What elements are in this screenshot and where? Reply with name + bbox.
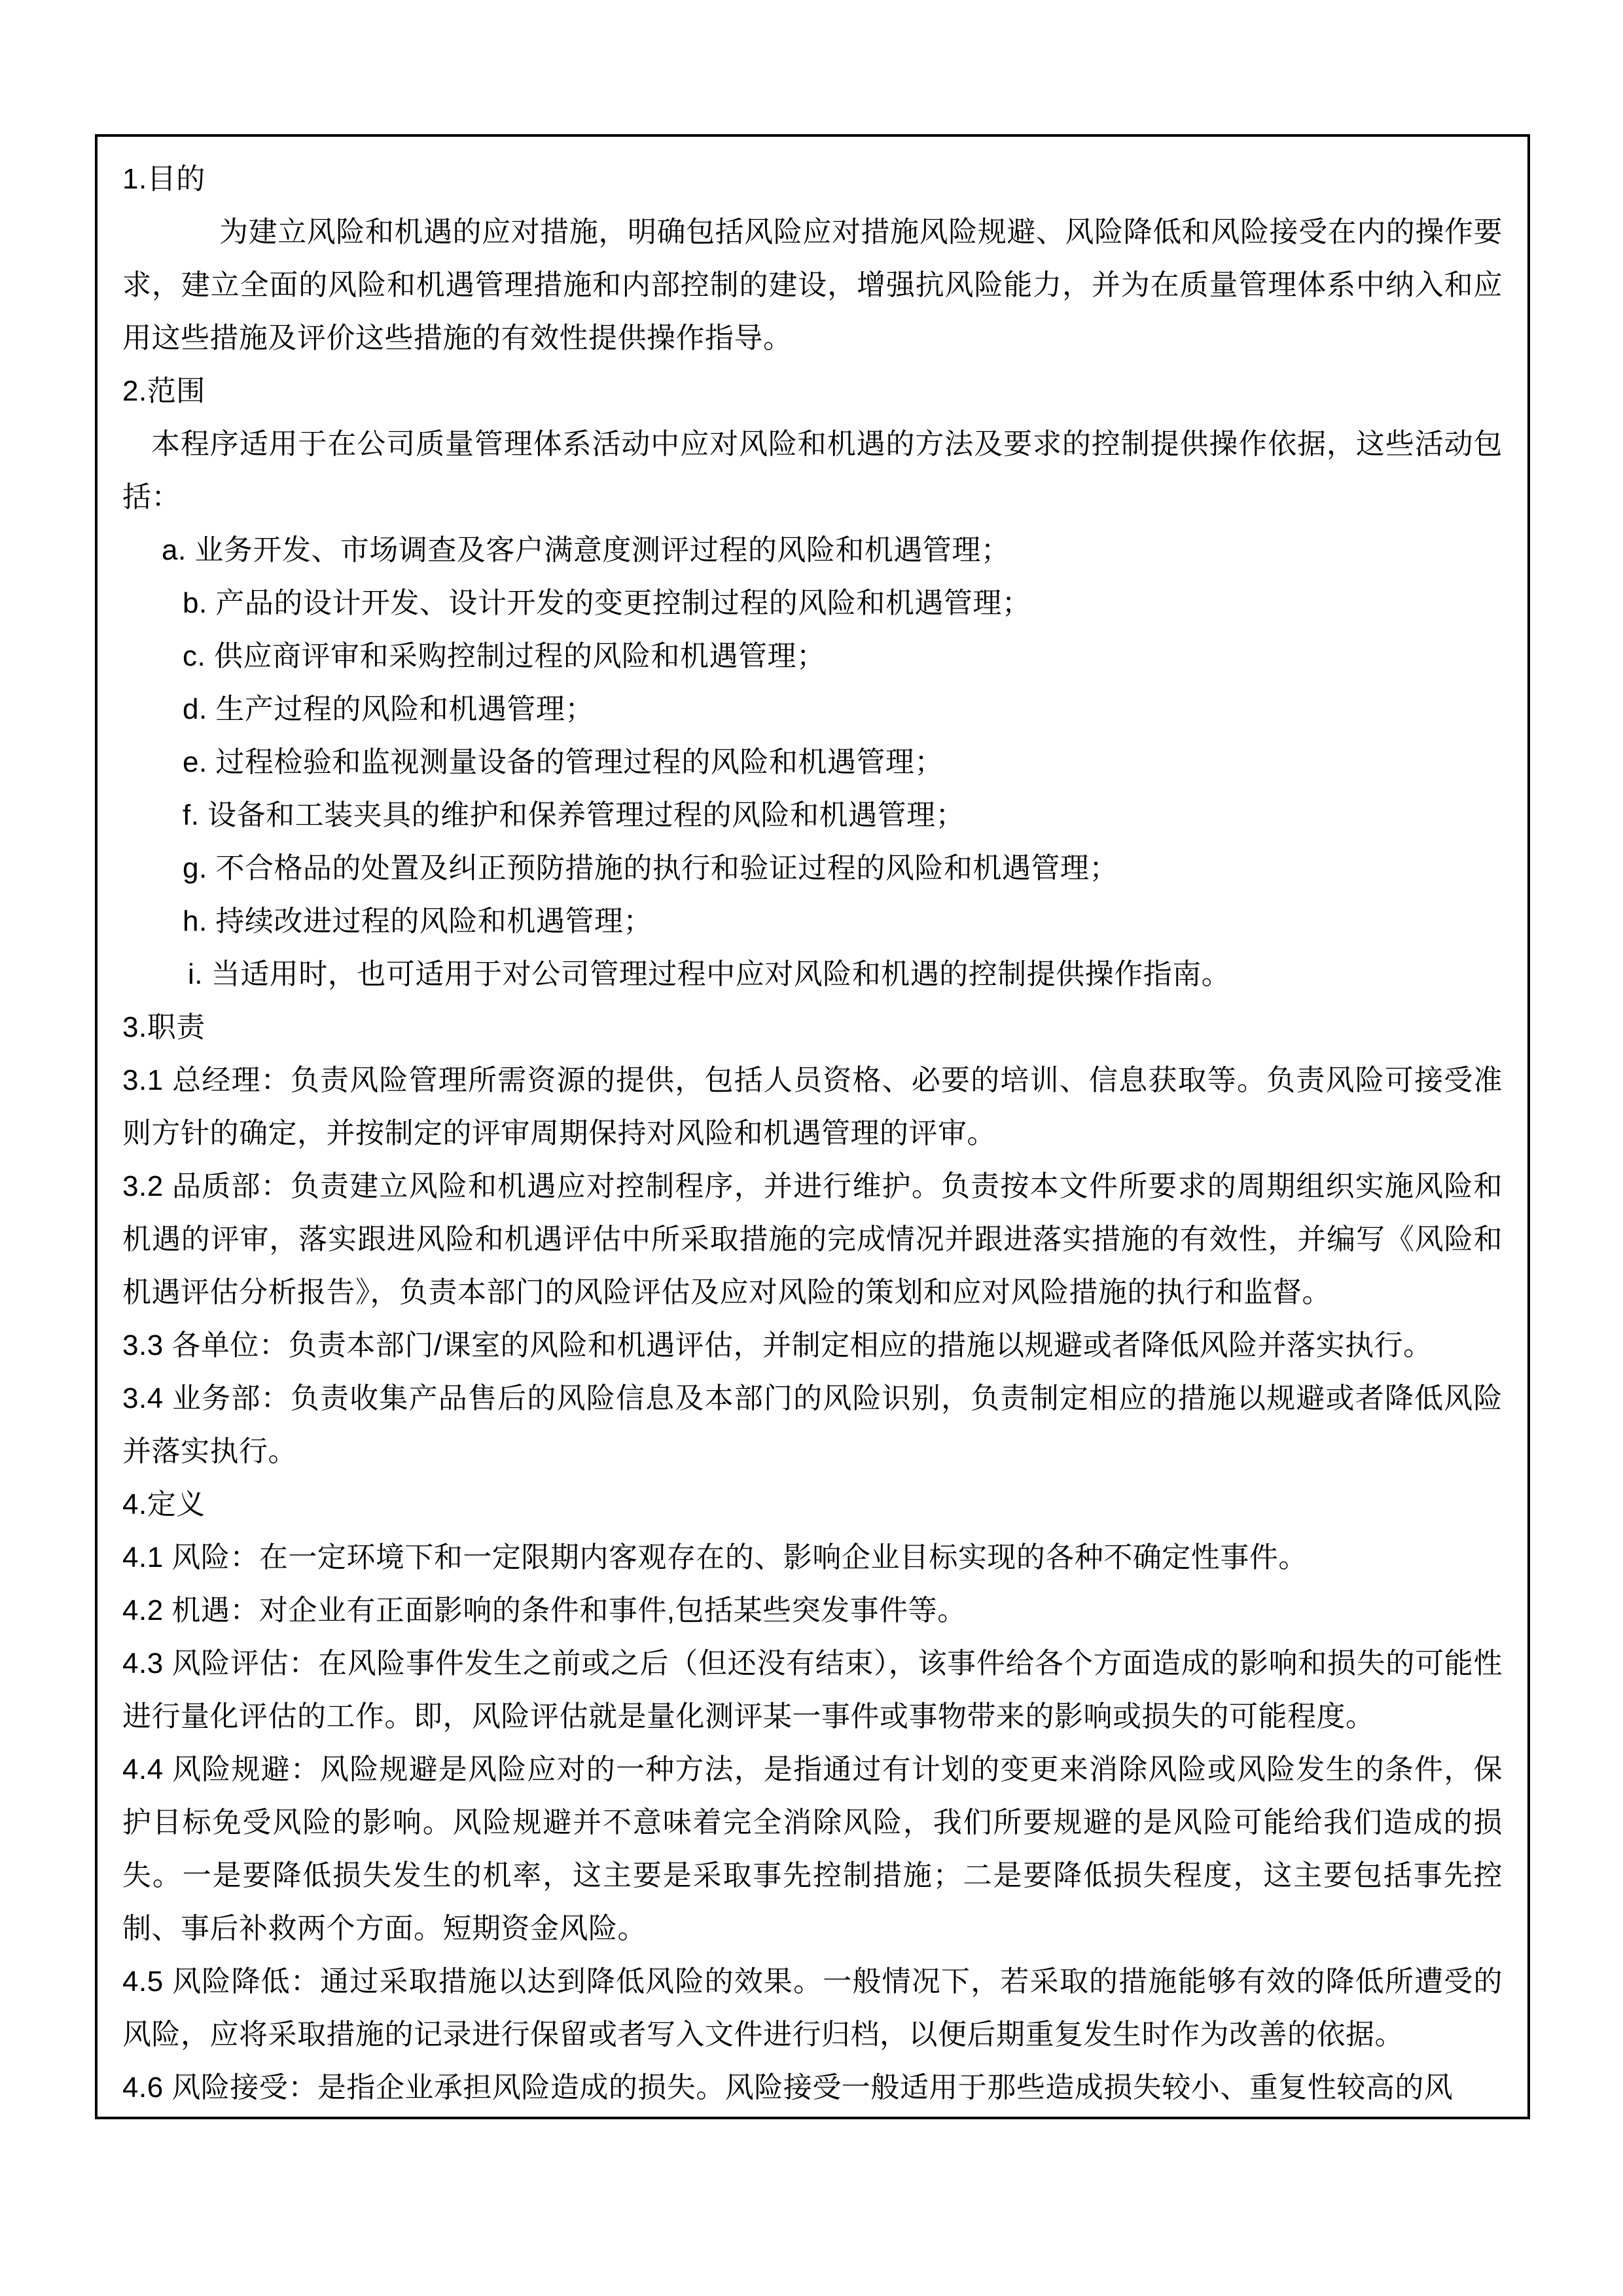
- paragraph-definition-opportunity: 4.2 机遇：对企业有正面影响的条件和事件,包括某些突发事件等。: [122, 1584, 1503, 1637]
- scope-list-item-f: f. 设备和工装夹具的维护和保养管理过程的风险和机遇管理；: [122, 789, 1503, 842]
- document-page: 1.目的 为建立风险和机遇的应对措施，明确包括风险应对措施风险规避、风险降低和风…: [0, 0, 1623, 2296]
- scope-list-item-c: c. 供应商评审和采购控制过程的风险和机遇管理；: [122, 630, 1503, 683]
- scope-list-item-d: d. 生产过程的风险和机遇管理；: [122, 683, 1503, 736]
- paragraph-responsibility-units: 3.3 各单位：负责本部门/课室的风险和机遇评估，并制定相应的措施以规避或者降低…: [122, 1319, 1503, 1372]
- paragraph-definition-risk-avoidance: 4.4 风险规避：风险规避是风险应对的一种方法，是指通过有计划的变更来消除风险或…: [122, 1743, 1503, 1955]
- scope-list-item-e: e. 过程检验和监视测量设备的管理过程的风险和机遇管理；: [122, 736, 1503, 789]
- paragraph-responsibility-business-dept: 3.4 业务部：负责收集产品售后的风险信息及本部门的风险识别，负责制定相应的措施…: [122, 1372, 1503, 1478]
- risk-avoidance-serif-note: 短期资金风险。: [443, 1912, 647, 1945]
- paragraph-purpose: 为建立风险和机遇的应对措施，明确包括风险应对措施风险规避、风险降低和风险接受在内…: [122, 206, 1503, 365]
- scope-list-item-i: i. 当适用时，也可适用于对公司管理过程中应对风险和机遇的控制提供操作指南。: [122, 948, 1503, 1001]
- paragraph-scope-intro: 本程序适用于在公司质量管理体系活动中应对风险和机遇的方法及要求的控制提供操作依据…: [122, 418, 1503, 524]
- paragraph-responsibility-gm: 3.1 总经理：负责风险管理所需资源的提供，包括人员资格、必要的培训、信息获取等…: [122, 1054, 1503, 1160]
- section-heading-purpose: 1.目的: [122, 152, 1503, 206]
- section-heading-definitions: 4.定义: [122, 1478, 1503, 1531]
- paragraph-responsibility-quality-dept: 3.2 品质部：负责建立风险和机遇应对控制程序，并进行维护。负责按本文件所要求的…: [122, 1160, 1503, 1319]
- risk-avoidance-main-text: 4.4 风险规避：风险规避是风险应对的一种方法，是指通过有计划的变更来消除风险或…: [122, 1753, 1503, 1945]
- section-heading-scope: 2.范围: [122, 365, 1503, 418]
- paragraph-definition-risk-acceptance: 4.6 风险接受：是指企业承担风险造成的损失。风险接受一般适用于那些造成损失较小…: [122, 2061, 1503, 2114]
- document-cell-frame: 1.目的 为建立风险和机遇的应对措施，明确包括风险应对措施风险规避、风险降低和风…: [95, 134, 1530, 2119]
- scope-list-item-h: h. 持续改进过程的风险和机遇管理；: [122, 895, 1503, 948]
- scope-list: a. 业务开发、市场调查及客户满意度测评过程的风险和机遇管理； b. 产品的设计…: [122, 524, 1503, 1001]
- scope-list-item-a: a. 业务开发、市场调查及客户满意度测评过程的风险和机遇管理；: [122, 524, 1503, 577]
- paragraph-definition-risk-assessment: 4.3 风险评估：在风险事件发生之前或之后（但还没有结束），该事件给各个方面造成…: [122, 1637, 1503, 1743]
- scope-list-item-b: b. 产品的设计开发、设计开发的变更控制过程的风险和机遇管理；: [122, 577, 1503, 630]
- paragraph-definition-risk: 4.1 风险：在一定环境下和一定限期内客观存在的、影响企业目标实现的各种不确定性…: [122, 1531, 1503, 1584]
- paragraph-definition-risk-reduction: 4.5 风险降低：通过采取措施以达到降低风险的效果。一般情况下，若采取的措施能够…: [122, 1955, 1503, 2061]
- scope-list-item-g: g. 不合格品的处置及纠正预防措施的执行和验证过程的风险和机遇管理；: [122, 842, 1503, 895]
- section-heading-responsibilities: 3.职责: [122, 1001, 1503, 1054]
